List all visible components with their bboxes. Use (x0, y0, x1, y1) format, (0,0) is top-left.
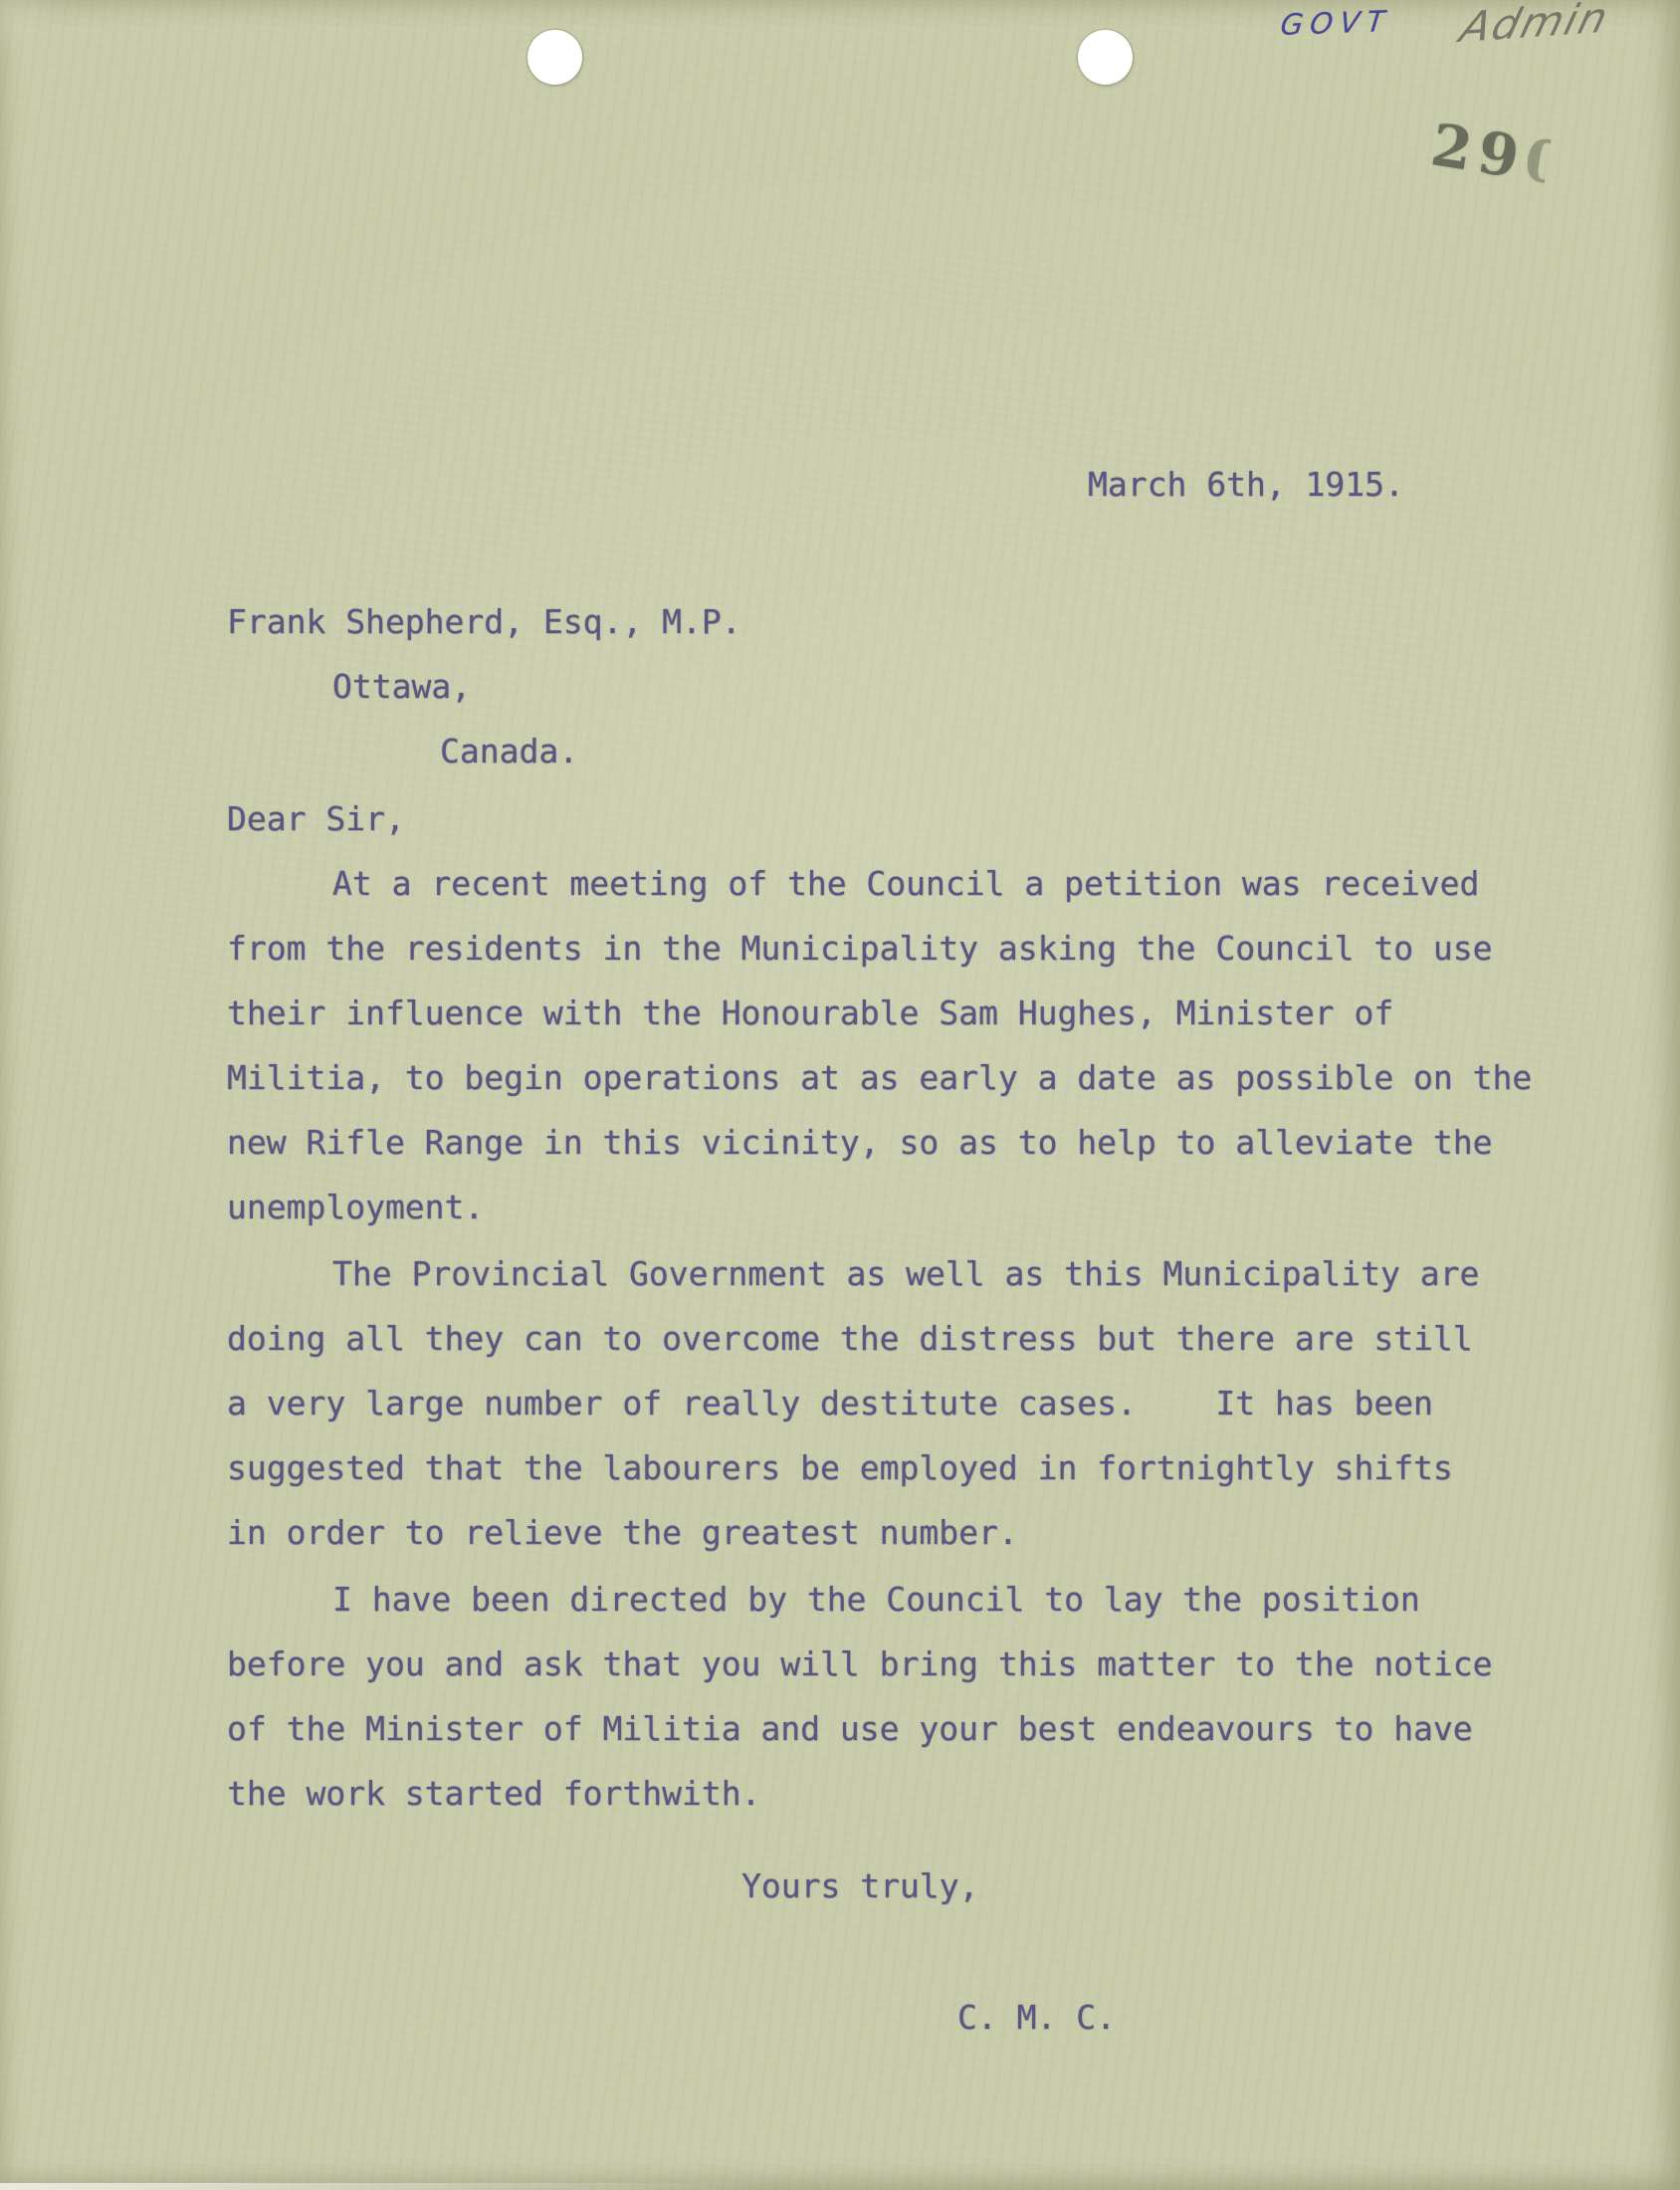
letter-line: from the residents in the Municipality a… (227, 916, 1532, 981)
letter-scan-page: GOVT Admin 290 March 6th, 1915. Frank Sh… (0, 0, 1680, 2190)
letter-line: new Rifle Range in this vicinity, so as … (227, 1110, 1532, 1175)
letter-line: I have been directed by the Council to l… (227, 1567, 1493, 1632)
paragraph-2: The Provincial Government as well as thi… (227, 1241, 1479, 1565)
closing: Yours truly, (741, 1854, 978, 1918)
punch-hole-left (527, 30, 582, 85)
letter-line: unemployment. (227, 1175, 1532, 1239)
paragraph-3: I have been directed by the Council to l… (227, 1567, 1493, 1826)
letter-line: Militia, to begin operations at as early… (227, 1045, 1532, 1110)
paragraph-1: At a recent meeting of the Council a pet… (227, 851, 1532, 1239)
handwritten-admin-annotation: Admin (1455, 0, 1614, 52)
salutation: Dear Sir, (227, 786, 405, 851)
address-line-city: Ottawa, (227, 654, 741, 719)
address-line-recipient: Frank Shepherd, Esq., M.P. (227, 589, 741, 654)
recipient-address-block: Frank Shepherd, Esq., M.P. Ottawa, Canad… (227, 589, 741, 783)
address-line-country: Canada. (227, 719, 741, 783)
letter-line: before you and ask that you will bring t… (227, 1632, 1493, 1696)
letter-line: doing all they can to overcome the distr… (227, 1306, 1479, 1371)
handwritten-govt-annotation: GOVT (1279, 4, 1393, 42)
letter-line: a very large number of really destitute … (227, 1371, 1479, 1435)
signature-initials: C. M. C. (957, 1985, 1116, 2050)
letter-line: The Provincial Government as well as thi… (227, 1241, 1479, 1306)
letter-line: their influence with the Honourable Sam … (227, 981, 1532, 1045)
letter-date: March 6th, 1915. (1088, 452, 1404, 517)
letter-line: At a recent meeting of the Council a pet… (227, 851, 1532, 916)
letter-line: in order to relieve the greatest number. (227, 1500, 1479, 1565)
letter-line: suggested that the labourers be employed… (227, 1435, 1479, 1500)
letter-line: the work started forthwith. (227, 1761, 1493, 1826)
paper-edge-highlight (0, 2183, 772, 2190)
page-number-stamp: 290 (1427, 110, 1577, 199)
paper-crease (0, 0, 74, 74)
letter-line: of the Minister of Militia and use your … (227, 1696, 1493, 1761)
punch-hole-right (1078, 30, 1133, 85)
